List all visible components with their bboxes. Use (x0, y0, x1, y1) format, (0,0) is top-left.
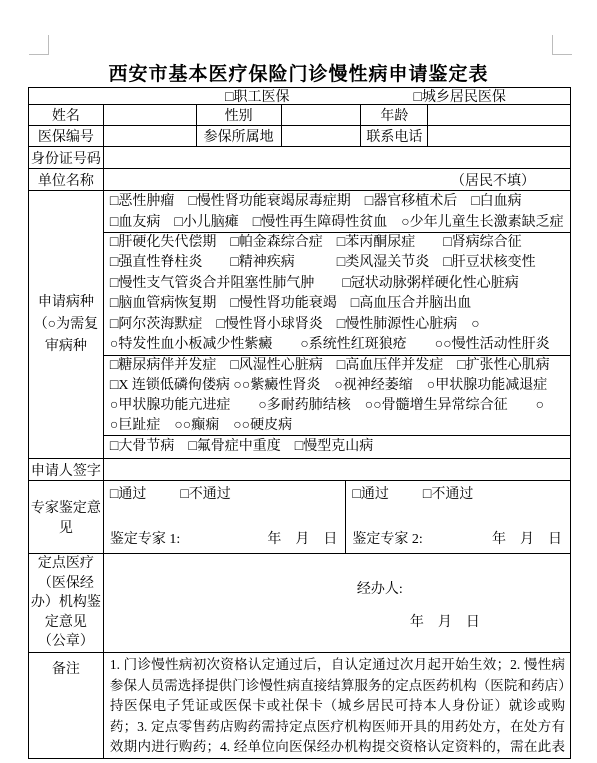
employee-insurance-checkbox[interactable]: □职工医保 (225, 88, 289, 105)
phone-label: 联系电话 (361, 126, 428, 147)
id-number-label: 身份证号码 (29, 147, 104, 169)
expert2-fail-checkbox[interactable]: □不通过 (423, 483, 473, 503)
expert1-date: 年 月 日 (267, 528, 337, 548)
employer-field[interactable]: （居民不填） (104, 169, 571, 191)
expert1-signature-label: 鉴定专家 1: (110, 528, 180, 548)
disease-line[interactable]: □糖尿病伴并发症 □风湿性心脏病 □高血压伴并发症 □扩张性心肌病 (110, 356, 570, 376)
gender-field[interactable] (282, 105, 362, 126)
disease-line[interactable]: □阿尔茨海默症 □慢性肾小球肾炎 □慢性肺源性心脏病 ○ (110, 315, 570, 336)
expert2-pass-checkbox[interactable]: □通过 (352, 483, 388, 503)
name-row: 姓名 性别 年龄 (29, 105, 571, 126)
disease-label: 申请病种 （○为需复 审病种 (29, 191, 104, 459)
age-label: 年龄 (361, 105, 428, 126)
org-opinion-row: 定点医疗 （医保经 办）机构鉴 定意见 （公章） 经办人: 年 月 日 (29, 554, 571, 653)
application-form-table: □职工医保 □城乡居民医保 姓名 性别 年龄 医保编号 参保所属地 联系电话 身… (28, 87, 571, 759)
disease-line[interactable]: □恶性肿瘤 □慢性肾功能衰竭尿毒症期 □器官移植术后 □白血病 (110, 191, 570, 212)
expert2-signature-label: 鉴定专家 2: (352, 528, 422, 548)
insurance-no-field[interactable] (104, 126, 197, 147)
signature-row: 申请人签字 (29, 459, 571, 481)
org-date: 年 月 日 (410, 611, 480, 631)
employer-row: 单位名称 （居民不填） (29, 169, 571, 191)
disease-group-2: □肝硬化失代偿期 □帕金森综合症 □苯丙酮尿症 □肾病综合征 □强直性脊柱炎 □… (104, 233, 570, 356)
disease-line[interactable]: ○特发性血小板减少性紫癜 ○系统性红斑狼疮 ○○慢性活动性肝炎 (110, 335, 570, 356)
disease-line[interactable]: □肝硬化失代偿期 □帕金森综合症 □苯丙酮尿症 □肾病综合征 (110, 233, 570, 253)
expert1-pass-checkbox[interactable]: □通过 (110, 483, 146, 503)
insured-area-field[interactable] (282, 126, 362, 147)
name-label: 姓名 (29, 105, 104, 126)
disease-group-1: □恶性肿瘤 □慢性肾功能衰竭尿毒症期 □器官移植术后 □白血病 □血友病 □小儿… (104, 191, 570, 233)
form-page: 西安市基本医疗保险门诊慢性病申请鉴定表 □职工医保 □城乡居民医保 姓名 性别 … (0, 0, 597, 763)
disease-line[interactable]: □血友病 □小儿脑瘫 □慢性再生障碍性贫血 ○少年儿童生长激素缺乏症 (110, 212, 570, 233)
disease-group-3: □糖尿病伴并发症 □风湿性心脏病 □高血压伴并发症 □扩张性心肌病 □X 连锁低… (104, 356, 570, 436)
employer-note: （居民不填） (451, 170, 535, 190)
remark-row: 备注 1. 门诊慢性病初次资格认定通过后，自认定通过次月起开始生效；2. 慢性病… (29, 653, 571, 759)
insurance-no-label: 医保编号 (29, 126, 104, 147)
disease-line[interactable]: □强直性脊柱炎 □精神疾病 □类风湿关节炎 □肝豆状核变性 (110, 253, 570, 274)
disease-options: □恶性肿瘤 □慢性肾功能衰竭尿毒症期 □器官移植术后 □白血病 □血友病 □小儿… (104, 191, 571, 459)
age-field[interactable] (428, 105, 571, 126)
expert2-date: 年 月 日 (492, 528, 562, 548)
org-opinion-field[interactable]: 经办人: 年 月 日 (104, 554, 571, 653)
disease-line[interactable]: ○巨趾症 ○○癫痫 ○○硬皮病 (110, 416, 570, 436)
org-opinion-label: 定点医疗 （医保经 办）机构鉴 定意见 （公章） (29, 554, 104, 653)
id-number-field[interactable] (104, 147, 571, 169)
crop-mark-icon (552, 35, 572, 55)
insured-area-label: 参保所属地 (197, 126, 282, 147)
remark-text: 1. 门诊慢性病初次资格认定通过后，自认定通过次月起开始生效；2. 慢性病参保人… (104, 653, 571, 759)
disease-line[interactable]: □脑血管病恢复期 □慢性肾功能衰竭 □高血压合并脑出血 (110, 294, 570, 315)
remark-label: 备注 (29, 653, 104, 759)
id-number-row: 身份证号码 (29, 147, 571, 169)
crop-mark-icon (29, 35, 49, 55)
expert-opinion-label: 专家鉴定意见 (29, 481, 104, 554)
employer-label: 单位名称 (29, 169, 104, 191)
form-title: 西安市基本医疗保险门诊慢性病申请鉴定表 (0, 59, 597, 86)
insurance-type-cell: □职工医保 □城乡居民医保 (29, 88, 571, 105)
disease-line[interactable]: ○甲状腺功能亢进症 ○多耐药肺结核 ○○骨髓增生异常综合征 ○ (110, 396, 570, 416)
resident-insurance-checkbox[interactable]: □城乡居民医保 (413, 88, 505, 105)
phone-field[interactable] (428, 126, 571, 147)
disease-row: 申请病种 （○为需复 审病种 □恶性肿瘤 □慢性肾功能衰竭尿毒症期 □器官移植术… (29, 191, 571, 459)
insurance-type-row: □职工医保 □城乡居民医保 (29, 88, 571, 105)
handler-label: 经办人: (357, 578, 403, 598)
disease-group-4: □大骨节病 □氟骨症中重度 □慢型克山病 (104, 436, 570, 458)
gender-label: 性别 (197, 105, 282, 126)
expert1-cell: □通过 □不通过 鉴定专家 1: 年 月 日 (104, 481, 347, 554)
insurance-no-row: 医保编号 参保所属地 联系电话 (29, 126, 571, 147)
name-field[interactable] (104, 105, 197, 126)
applicant-signature-label: 申请人签字 (29, 459, 104, 481)
applicant-signature-field[interactable] (104, 459, 571, 481)
disease-line[interactable]: □X 连锁低磷佝偻病 ○○紫癜性肾炎 ○视神经萎缩 ○甲状腺功能减退症 (110, 376, 570, 396)
disease-line[interactable]: □大骨节病 □氟骨症中重度 □慢型克山病 (110, 437, 570, 457)
expert-opinion-row: 专家鉴定意见 □通过 □不通过 鉴定专家 1: 年 月 日 □通过 □不通过 鉴… (29, 481, 571, 554)
expert2-cell: □通过 □不通过 鉴定专家 2: 年 月 日 (346, 481, 571, 554)
disease-line[interactable]: □慢性支气管炎合并阻塞性肺气肿 □冠状动脉粥样硬化性心脏病 (110, 274, 570, 295)
expert1-fail-checkbox[interactable]: □不通过 (180, 483, 230, 503)
